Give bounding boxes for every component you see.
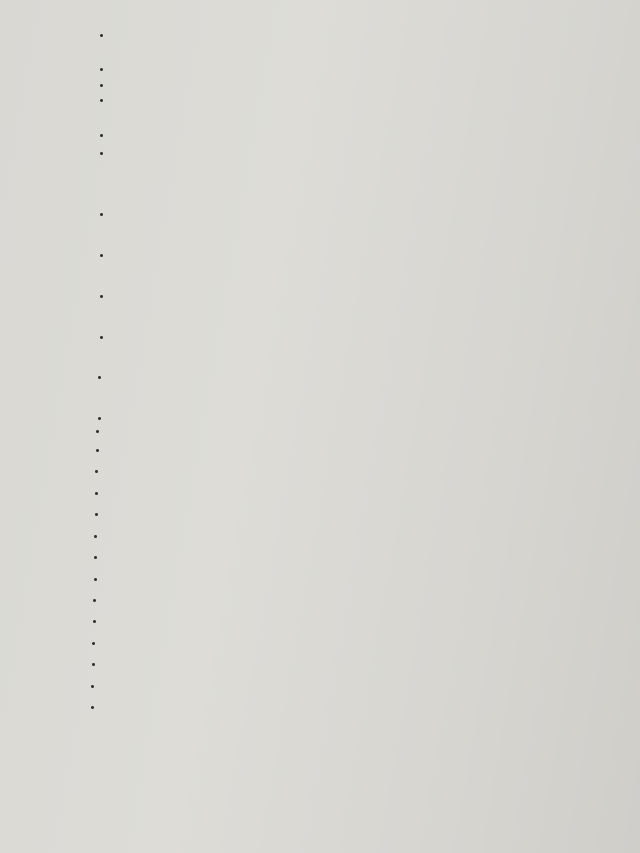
- list-bullet-dot: [91, 685, 94, 688]
- scanned-document-page: [0, 0, 640, 853]
- list-bullet-dot: [92, 642, 95, 645]
- list-bullet-dot: [96, 430, 99, 433]
- list-bullet-dot: [100, 68, 103, 71]
- list-bullet-dot: [96, 449, 99, 452]
- list-bullet-dot: [93, 620, 96, 623]
- list-bullet-dot: [100, 84, 103, 87]
- list-bullet-dot: [100, 213, 103, 216]
- list-bullet-dot: [98, 376, 101, 379]
- list-bullet-dot: [95, 492, 98, 495]
- list-bullet-dot: [100, 34, 103, 37]
- list-bullet-dot: [95, 470, 98, 473]
- list-bullet-dot: [92, 663, 95, 666]
- list-bullet-dot: [93, 599, 96, 602]
- list-bullet-dot: [91, 706, 94, 709]
- list-bullet-dot: [94, 535, 97, 538]
- list-bullet-dot: [100, 336, 103, 339]
- list-bullet-dot: [95, 513, 98, 516]
- list-bullet-dot: [100, 99, 103, 102]
- list-bullet-dot: [100, 254, 103, 257]
- list-bullet-dot: [100, 152, 103, 155]
- list-bullet-dot: [100, 295, 103, 298]
- list-bullet-dot: [94, 578, 97, 581]
- list-bullet-dot: [94, 556, 97, 559]
- list-bullet-dot: [98, 417, 101, 420]
- list-bullet-dot: [100, 134, 103, 137]
